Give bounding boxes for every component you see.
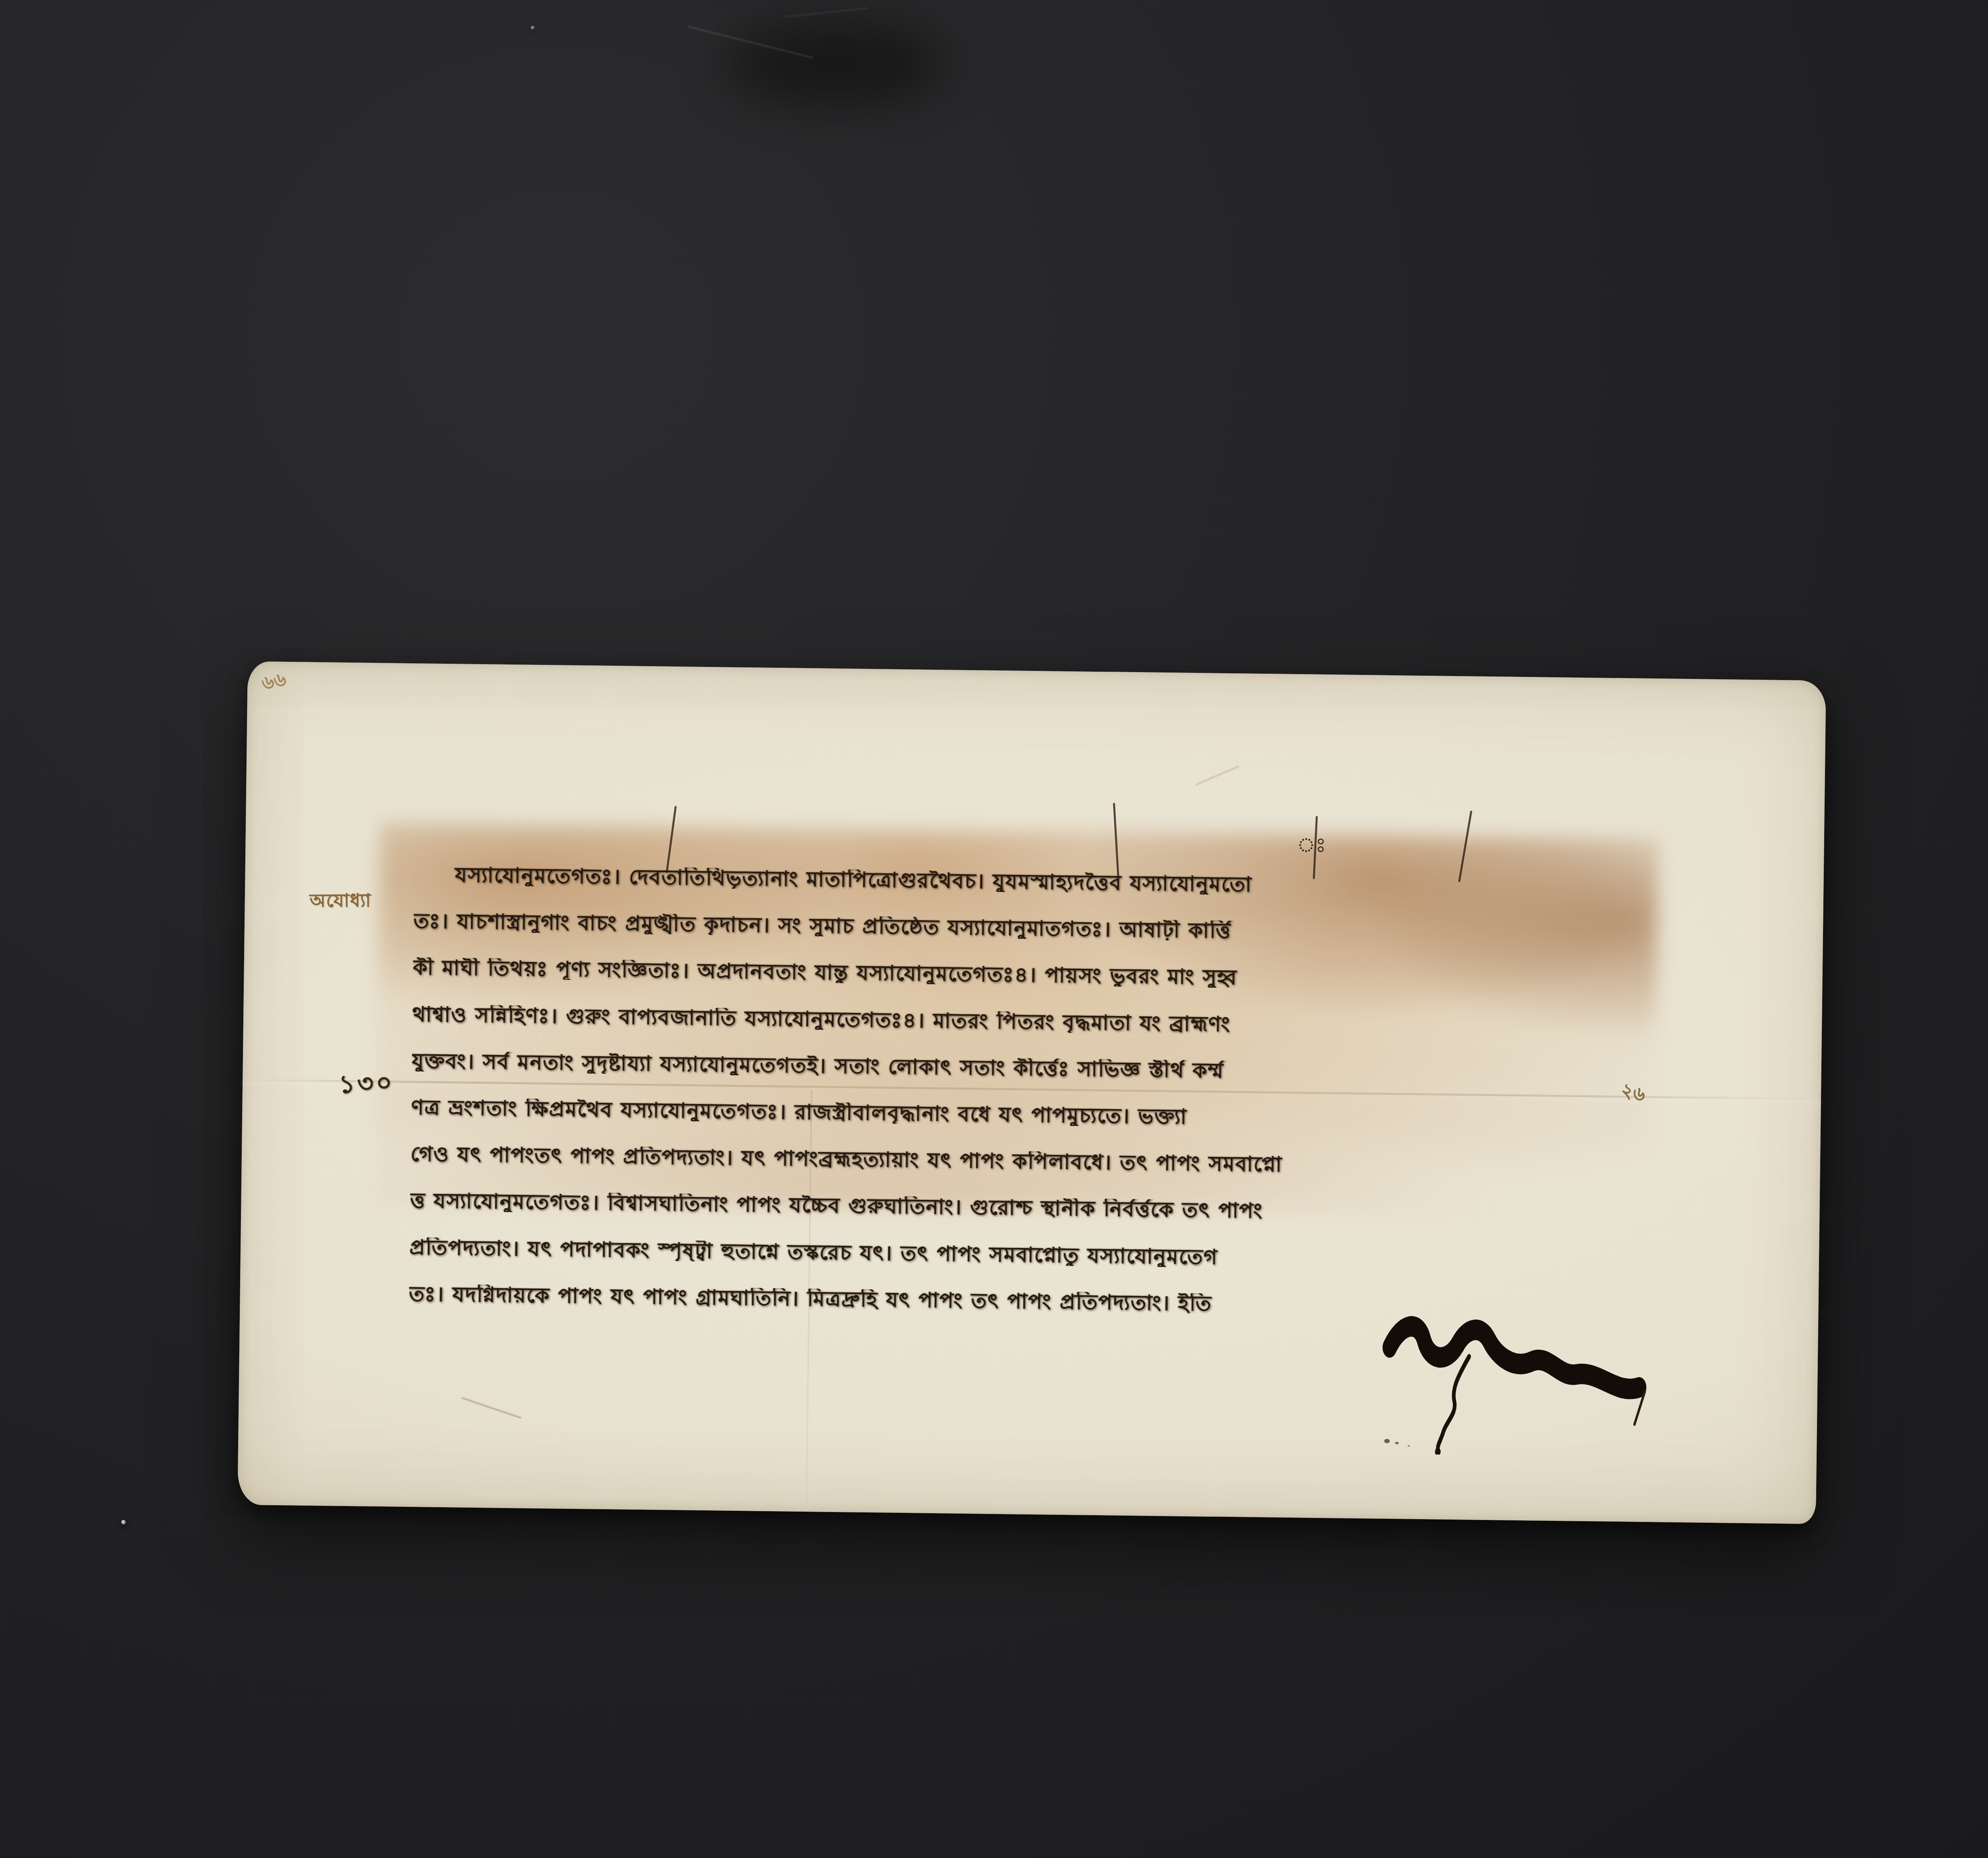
- backdrop-scratch: [785, 7, 868, 18]
- mounting-pin: [121, 1520, 126, 1524]
- paper-fiber: [1195, 765, 1239, 785]
- backdrop-smudge: [726, 22, 944, 106]
- margin-folio-number: ১৩০: [338, 1063, 395, 1107]
- mounting-pin: [531, 26, 534, 29]
- ink-blot-flourish-drawing: [1371, 1306, 1657, 1457]
- manuscript-line: ণত্র ভ্রংশতাং ক্ষিপ্রমথৈব যস্যাযোনুমতেগত…: [411, 1097, 1617, 1132]
- manuscript-line: থাশ্বাও সন্নিহিণঃ। গুরুং বাপ্যবজানাতি যস…: [412, 1004, 1618, 1039]
- paper-fiber: [461, 1396, 521, 1418]
- manuscript-line: তঃ। যাচশাস্ত্রানুগাং বাচং প্রমুঙ্খীত কৃদ…: [414, 911, 1619, 946]
- text-block: যস্যাযোনুমতেগতঃ। দেবতাতিথিভৃত্যানাং মাতা…: [409, 864, 1620, 1319]
- margin-place-label: অযোধ্যা: [309, 886, 371, 917]
- photo-backdrop: ৬৬ অযোধ্যা ১৩০ ২৬ ঃ যস্যাযোনুমতেগতঃ। দেব…: [0, 0, 1988, 1858]
- manuscript-line: ত্ত যস্যাযোনুমতেগতঃ। বিশ্বাসঘাতিনাং পাপং…: [410, 1190, 1616, 1226]
- manuscript-line: কী মাঘী তিথয়ঃ পূণ্য সংজ্ঞিতাঃ। অপ্রদানব…: [413, 957, 1619, 993]
- manuscript-line: গেও যৎ পাপংতৎ পাপং প্রতিপদ্যতাং। যৎ পাপং…: [410, 1144, 1616, 1179]
- corner-annotation: ৬৬: [259, 665, 289, 700]
- visarga-dots: ঃ: [1297, 830, 1326, 863]
- manuscript-line: যুক্তবং। সর্ব মনতাং সুদৃষ্টায্যা যস্যাযো…: [412, 1050, 1617, 1086]
- ink-blot-flourish: [1371, 1306, 1657, 1457]
- manuscript-folio: ৬৬ অযোধ্যা ১৩০ ২৬ ঃ যস্যাযোনুমতেগতঃ। দেব…: [237, 661, 1826, 1524]
- manuscript-line: প্রতিপদ্যতাং। যৎ পদাপাবকং স্পৃষ্ট্বা হুত…: [410, 1237, 1615, 1272]
